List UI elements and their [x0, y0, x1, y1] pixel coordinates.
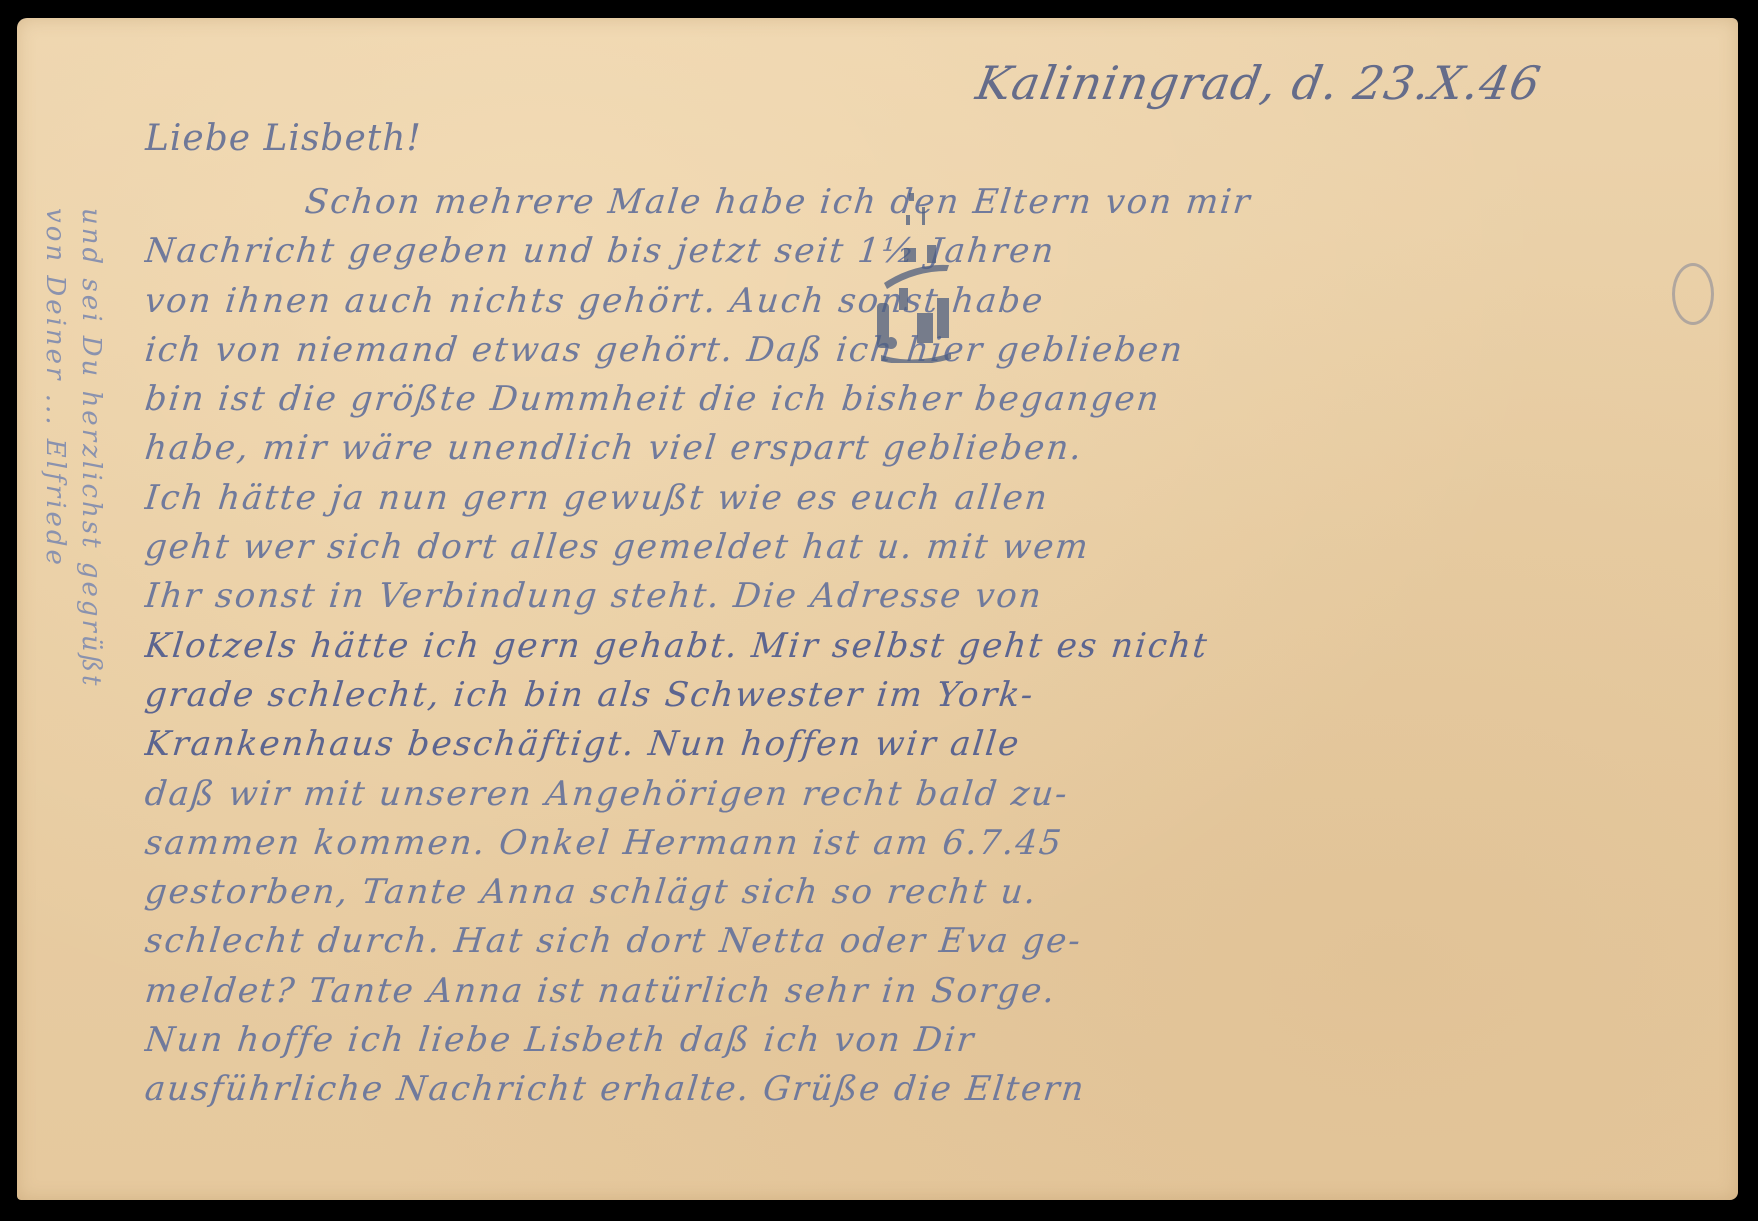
body-line: grade schlecht, ich bin als Schwester im… [142, 671, 1707, 720]
body-line: schlecht durch. Hat sich dort Netta oder… [142, 917, 1707, 966]
postmark-stamp-icon [859, 193, 969, 363]
postcard: Kaliningrad, d. 23.X.46 Liebe Lisbeth! S… [17, 18, 1738, 1200]
body-line: geht wer sich dort alles gemeldet hat u.… [142, 523, 1707, 572]
place-date: Kaliningrad, d. 23.X.46 [972, 56, 1545, 110]
body-line: ausführliche Nachricht erhalte. Grüße di… [142, 1065, 1707, 1114]
body-line: gestorben, Tante Anna schlägt sich so re… [142, 868, 1707, 917]
salutation: Liebe Lisbeth! [145, 118, 422, 159]
body-line: daß wir mit unseren Angehörigen recht ba… [142, 770, 1707, 819]
margin-note-line: von Deiner ... Elfriede [37, 208, 73, 1208]
body-line: Ich hätte ja nun gern gewußt wie es euch… [142, 474, 1707, 523]
body-line: habe, mir wäre unendlich viel erspart ge… [142, 424, 1707, 473]
body-line: Nun hoffe ich liebe Lisbeth daß ich von … [142, 1016, 1707, 1065]
body-line: meldet? Tante Anna ist natürlich sehr in… [142, 967, 1707, 1016]
margin-note-line: und sei Du herzlichst gegrüßt [73, 208, 109, 1208]
margin-note-vertical: und sei Du herzlichst gegrüßt von Deiner… [37, 208, 109, 1208]
body-line: bin ist die größte Dummheit die ich bish… [142, 375, 1707, 424]
body-line: Klotzels hätte ich gern gehabt. Mir selb… [142, 622, 1707, 671]
body-line: Krankenhaus beschäftigt. Nun hoffen wir … [142, 720, 1707, 769]
body-line: sammen kommen. Onkel Hermann ist am 6.7.… [142, 819, 1707, 868]
pencil-circle-mark [1672, 263, 1714, 325]
body-line: Ihr sonst in Verbindung steht. Die Adres… [142, 572, 1707, 621]
